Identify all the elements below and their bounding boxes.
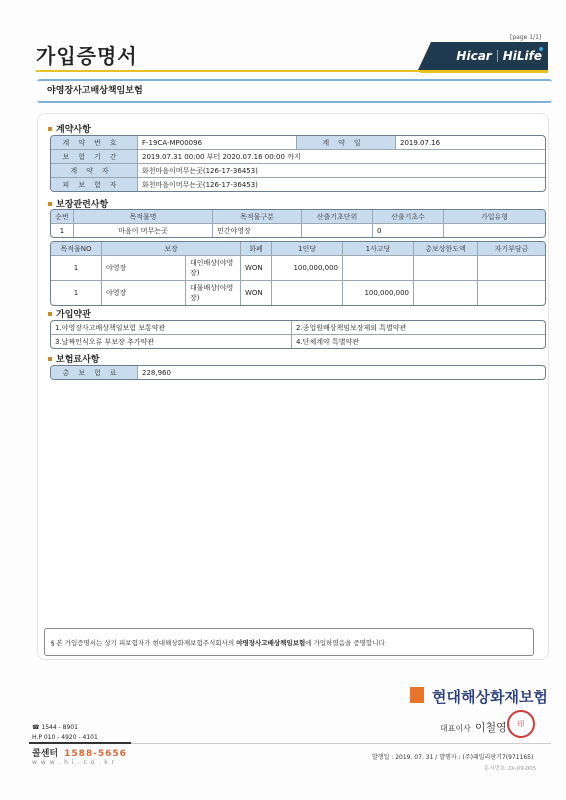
term-item: 3.날짜인식오류 부보장 추가약관 [51,335,292,348]
brand-separator [497,50,498,62]
contract-section-label: 계약사항 [56,125,91,135]
col-header: 목적물NO [51,242,102,256]
col-header: 순번 [51,210,74,224]
cell [444,224,545,237]
document-title: 가입증명서 [36,40,138,69]
coverage-detail-table: 목적물NO 보장 화폐 1인당 1사고당 총보상한도액 자기부담금 1 야영장 … [50,241,546,306]
table-row: 1 야영장 대인배상(야영장) WON 100,000,000 [51,256,545,281]
section-bullet-icon [48,357,52,361]
company-name: 현대해상화재보험 [432,686,548,707]
col-header: 목적물명 [74,210,213,224]
policyholder-value: 화천마음이머무는곳(126-17-36453) [138,164,545,178]
website: www.hi.co.kr [32,759,118,766]
title-underline [36,70,432,72]
brand-hicar: Hicar [456,49,491,63]
brand-dot-icon [539,47,543,51]
period-label: 보험기간 [51,150,138,164]
brand-hilife: HiLife [503,49,542,63]
product-name: 야영장사고배상책임보험 [37,79,552,103]
col-header: 1사고당 [343,242,414,256]
contract-table: 계약번호 F-19CA-MP00096 계약일 2019.07.16 보험기간 … [50,135,546,192]
ceo-name: 이철영 [475,721,507,734]
notice-suffix: 에 가입하였음을 증명합니다 [305,639,384,647]
premium-section-title: 보험료사항 [48,352,99,365]
policyholder-label: 계약자 [51,164,138,178]
col-header: 산출기초단위 [302,210,373,224]
cell: 1 [51,224,74,237]
notice-text: § 본 가입증명서는 상기 피보험자가 현대해상화재보험주식회사의 [51,639,236,647]
contract-section-title: 계약사항 [48,122,91,135]
table-row: 계약자 화천마음이머무는곳(126-17-36453) [51,164,545,178]
premium-table: 총보험료 228,960 [50,365,546,380]
contract-date-label: 계약일 [297,136,396,150]
cell: 야영장 [102,256,186,281]
premium-label: 총보험료 [51,366,138,379]
company-logo-icon [410,687,424,703]
col-header: 보장 [102,242,241,256]
cell: WON [241,281,272,305]
cell: 마음이 머무는곳 [74,224,213,237]
cell: 0 [373,224,444,237]
cell [343,256,414,281]
call-center-label: 콜센터 [32,749,58,759]
premium-section-label: 보험료사항 [56,355,99,365]
table-row: 1.야영장사고배상책임보험 보통약관 2.종업원배상책임보장제외 특별약관 [51,321,545,335]
cell [414,281,478,305]
table-row: 피보험자 화천마음이머무는곳(126-17-36453) [51,178,545,191]
cell: 야영장 [102,281,186,305]
certificate-panel [37,113,549,660]
terms-table: 1.야영장사고배상책임보험 보통약관 2.종업원배상책임보장제외 특별약관 3.… [50,320,546,349]
issue-info: 발행일 : 2019. 07. 31 / 발행자 : (주)패밀리판기7(971… [372,752,533,761]
cell: 1 [51,281,102,305]
col-header: 화폐 [241,242,272,256]
table-row: 총보험료 228,960 [51,366,545,379]
term-item: 2.종업원배상책임보장제외 특별약관 [292,321,545,335]
table-row: 1 마음이 머무는곳 민간야영장 0 [51,224,545,237]
cell: 민간야영장 [213,224,302,237]
premium-value: 228,960 [138,366,545,379]
table-header-row: 순번 목적물명 목적물구분 산출기초단위 산출기초수 가입유형 [51,210,545,224]
cell [478,281,545,305]
certification-notice: § 본 가입증명서는 상기 피보험자가 현대해상화재보험주식회사의 야영장사고배… [44,628,534,656]
cell [272,281,343,305]
contract-no-value: F-19CA-MP00096 [138,136,297,150]
section-bullet-icon [48,312,52,316]
object-table: 순번 목적물명 목적물구분 산출기초단위 산출기초수 가입유형 1 마음이 머무… [50,209,546,238]
cell: 100,000,000 [272,256,343,281]
insured-value: 화천마음이머무는곳(126-17-36453) [138,178,545,191]
section-bullet-icon [48,202,52,206]
page-indicator: [page 1/1] [510,34,541,41]
term-item: 4.단체계약 특별약관 [292,335,545,348]
insured-label: 피보험자 [51,178,138,191]
call-center-number: 1588-5656 [64,749,127,759]
table-row: 계약번호 F-19CA-MP00096 계약일 2019.07.16 [51,136,545,150]
ceo-title: 대표이사 [440,724,471,733]
terms-section-title: 가입약관 [48,307,91,320]
cell [478,256,545,281]
period-value: 2019.07.31 00:00 부터 2020.07.16 00:00 까지 [138,150,545,164]
col-header: 1인당 [272,242,343,256]
phone-number: ☎ 1544 - 8901 [32,724,78,731]
terms-section-label: 가입약관 [56,310,91,320]
section-bullet-icon [48,127,52,131]
cell: WON [241,256,272,281]
footer-rule [29,742,131,744]
cell [414,256,478,281]
contract-no-label: 계약번호 [51,136,138,150]
mobile-number: H.P 010 - 4920 - 4101 [32,734,98,741]
cell: 1 [51,256,102,281]
footer-rule-light [131,743,551,744]
cell: 100,000,000 [343,281,414,305]
title-underline-right [420,70,548,73]
call-center: 콜센터1588-5656 [32,746,127,759]
col-header: 산출기초수 [373,210,444,224]
brand-logo-band: Hicar HiLife [418,42,548,70]
col-header: 목적물구분 [213,210,302,224]
company-seal-icon: 印 [507,710,535,738]
contract-date-value: 2019.07.16 [396,136,545,150]
table-row: 보험기간 2019.07.31 00:00 부터 2020.07.16 00:0… [51,150,545,164]
table-row: 1 야영장 대물배상(야영장) WON 100,000,000 [51,281,545,305]
notice-product: 야영장사고배상책임보험 [236,639,305,647]
cell: 대물배상(야영장) [186,281,241,305]
col-header: 자기부담금 [478,242,545,256]
document-number: 문서번호 :DI-09-005 [484,764,536,772]
cell: 대인배상(야영장) [186,256,241,281]
ceo-signature: 대표이사이철영 [440,719,507,735]
col-header: 가입유형 [444,210,545,224]
term-item: 1.야영장사고배상책임보험 보통약관 [51,321,292,335]
table-header-row: 목적물NO 보장 화폐 1인당 1사고당 총보상한도액 자기부담금 [51,242,545,256]
cell [302,224,373,237]
col-header: 총보상한도액 [414,242,478,256]
table-row: 3.날짜인식오류 부보장 추가약관 4.단체계약 특별약관 [51,335,545,348]
